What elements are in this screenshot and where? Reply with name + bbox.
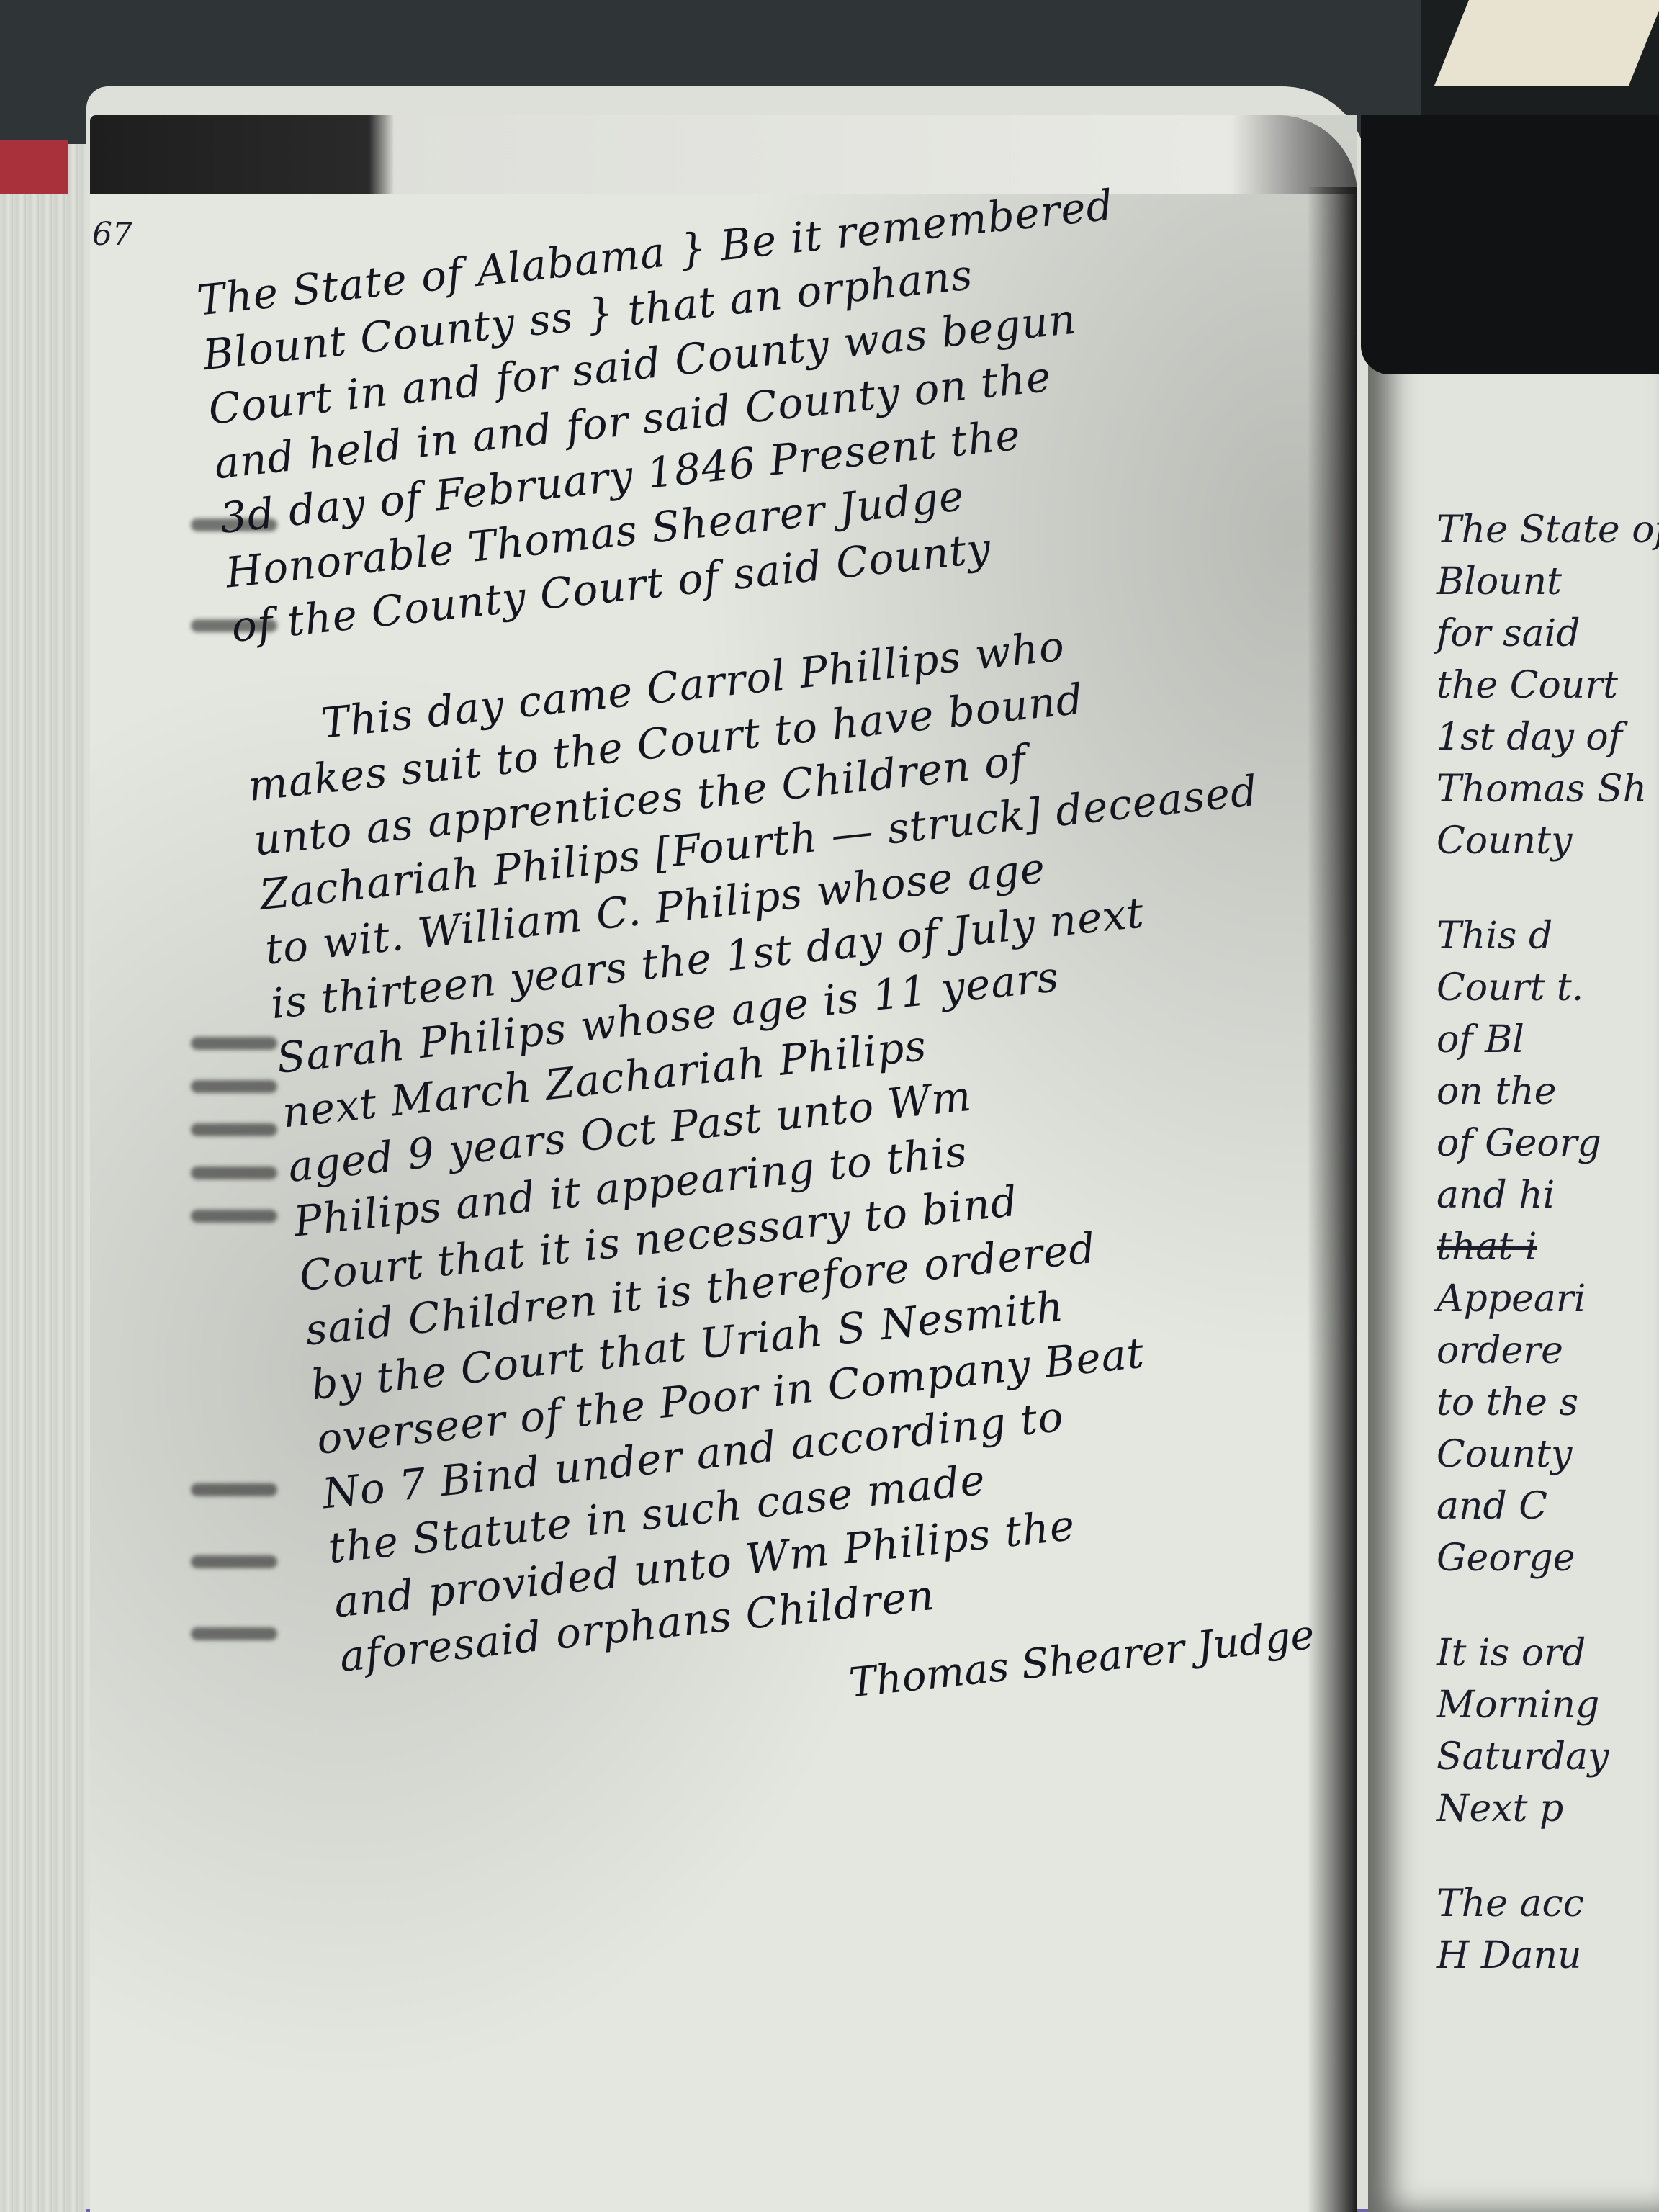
right-line: ordere: [1437, 1325, 1659, 1377]
right-line: It is ord: [1437, 1627, 1659, 1679]
margin-bleed-mark: [191, 1037, 277, 1050]
right-line: The acc: [1437, 1878, 1659, 1930]
right-line: Saturday: [1437, 1731, 1659, 1783]
margin-bleed-mark: [191, 1080, 277, 1093]
right-line: 1st day of: [1437, 711, 1659, 763]
right-line: County: [1437, 1429, 1659, 1480]
paragraph-gap: [1437, 1584, 1659, 1627]
margin-bleed-mark: [191, 1123, 277, 1136]
right-line: and C: [1437, 1480, 1659, 1532]
right-line-struck: that i: [1437, 1221, 1659, 1273]
margin-bleed-mark: [191, 1555, 277, 1568]
right-line: and hi: [1437, 1169, 1659, 1221]
right-line: The State of: [1437, 504, 1659, 556]
right-line: to the s: [1437, 1377, 1659, 1429]
page-number: 67: [92, 216, 132, 253]
right-line: Court t.: [1437, 962, 1659, 1014]
handwritten-court-record: The State of Alabama } Be it remembered …: [194, 155, 1482, 1760]
right-line: on the: [1437, 1066, 1659, 1118]
right-line: Blount: [1437, 556, 1659, 608]
margin-bleed-mark: [191, 1627, 277, 1640]
right-line: Next p: [1437, 1783, 1659, 1835]
right-line: of Bl: [1437, 1014, 1659, 1066]
right-line: County: [1437, 815, 1659, 867]
margin-bleed-mark: [191, 1210, 277, 1223]
margin-bleed-mark: [191, 1166, 277, 1179]
right-page-shadow-top: [1361, 115, 1659, 374]
paragraph-gap: [1437, 1835, 1659, 1878]
right-line: George: [1437, 1532, 1659, 1584]
right-line: This d: [1437, 910, 1659, 962]
right-line: of Georg: [1437, 1118, 1659, 1169]
right-page-handwriting: The State of Blount for said the Court 1…: [1437, 504, 1659, 1982]
right-line: Appeari: [1437, 1273, 1659, 1325]
right-line: for said: [1437, 608, 1659, 660]
red-book-cover-edge: [0, 140, 68, 194]
paper-corner: [1434, 0, 1659, 86]
right-book-page: The State of Blount for said the Court 1…: [1368, 144, 1659, 2212]
margin-bleed-mark: [191, 1483, 277, 1496]
right-line: Thomas Sh: [1437, 763, 1659, 815]
right-line: the Court: [1437, 660, 1659, 711]
right-line: H Danu: [1437, 1930, 1659, 1982]
paragraph-gap: [1437, 867, 1659, 910]
right-line: Morning: [1437, 1679, 1659, 1731]
